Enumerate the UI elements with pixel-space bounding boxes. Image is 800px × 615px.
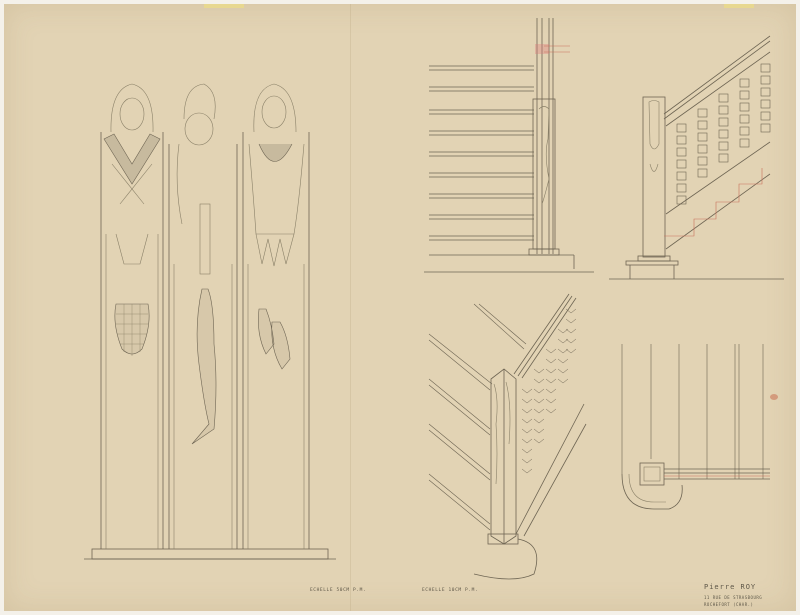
signature-address-2: Rochefort (Char.) bbox=[704, 602, 753, 607]
signature-name: Pierre ROY bbox=[704, 583, 756, 591]
scale-caption-right: ECHELLE 10cm p.m. bbox=[422, 588, 478, 593]
scale-caption-left: ECHELLE 50cm p.m. bbox=[310, 588, 366, 593]
signature-address-1: 11 rue de Strasbourg bbox=[704, 595, 762, 600]
drawing-sheet: ECHELLE 50cm p.m. ECHELLE 10cm p.m. Pier… bbox=[4, 4, 796, 611]
stain-mark bbox=[770, 394, 778, 400]
plan-view bbox=[4, 4, 796, 611]
